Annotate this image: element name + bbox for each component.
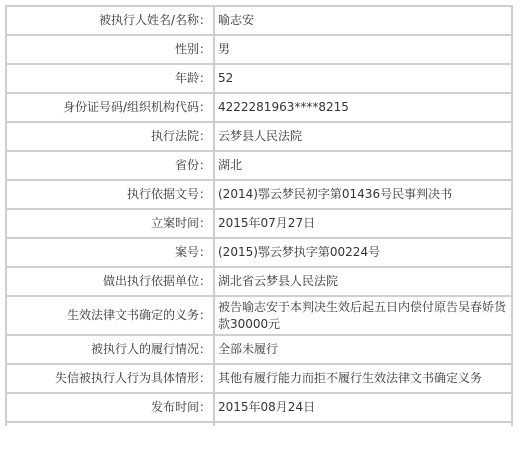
row-issuing-unit: 做出执行依据单位： 湖北省云梦县人民法院 bbox=[6, 267, 512, 296]
row-name: 被执行人姓名/名称： 喻志安 bbox=[6, 6, 512, 35]
row-cutoff bbox=[6, 422, 512, 426]
row-province: 省份： 湖北 bbox=[6, 151, 512, 180]
value-performance-status: 全部未履行 bbox=[214, 335, 512, 364]
label-publish-date: 发布时间： bbox=[6, 393, 214, 422]
label-name: 被执行人姓名/名称： bbox=[6, 6, 214, 35]
value-province: 湖北 bbox=[214, 151, 512, 180]
value-gender: 男 bbox=[214, 35, 512, 64]
label-province: 省份： bbox=[6, 151, 214, 180]
value-dishonest-behavior: 其他有履行能力而拒不履行生效法律文书确定义务 bbox=[214, 364, 512, 393]
value-issuing-unit: 湖北省云梦县人民法院 bbox=[214, 267, 512, 296]
value-case-number: (2015)鄂云梦执字第00224号 bbox=[214, 238, 512, 267]
label-issuing-unit: 做出执行依据单位： bbox=[6, 267, 214, 296]
label-obligation: 生效法律文书确定的义务： bbox=[6, 296, 214, 335]
label-id-number: 身份证号码/组织机构代码： bbox=[6, 93, 214, 122]
value-age: 52 bbox=[214, 64, 512, 93]
row-performance-status: 被执行人的履行情况： 全部未履行 bbox=[6, 335, 512, 364]
value-filing-date: 2015年07月27日 bbox=[214, 209, 512, 238]
value-id-number: 4222281963****8215 bbox=[214, 93, 512, 122]
row-publish-date: 发布时间： 2015年08月24日 bbox=[6, 393, 512, 422]
value-cutoff bbox=[214, 422, 512, 426]
label-cutoff bbox=[6, 422, 214, 426]
record-table: 被执行人姓名/名称： 喻志安 性别： 男 年龄： 52 身份证号码/组织机构代码… bbox=[5, 5, 513, 426]
label-performance-status: 被执行人的履行情况： bbox=[6, 335, 214, 364]
label-dishonest-behavior: 失信被执行人行为具体情形： bbox=[6, 364, 214, 393]
value-publish-date: 2015年08月24日 bbox=[214, 393, 512, 422]
value-court: 云梦县人民法院 bbox=[214, 122, 512, 151]
row-basis-doc-number: 执行依据文号： (2014)鄂云梦民初字第01436号民事判决书 bbox=[6, 180, 512, 209]
row-obligation: 生效法律文书确定的义务： 被告喻志安于本判决生效后起五日内偿付原告吴春娇货款30… bbox=[6, 296, 512, 335]
value-obligation: 被告喻志安于本判决生效后起五日内偿付原告吴春娇货款30000元 bbox=[214, 296, 512, 335]
row-dishonest-behavior: 失信被执行人行为具体情形： 其他有履行能力而拒不履行生效法律文书确定义务 bbox=[6, 364, 512, 393]
label-basis-doc-number: 执行依据文号： bbox=[6, 180, 214, 209]
label-case-number: 案号： bbox=[6, 238, 214, 267]
label-court: 执行法院： bbox=[6, 122, 214, 151]
label-gender: 性别： bbox=[6, 35, 214, 64]
row-filing-date: 立案时间： 2015年07月27日 bbox=[6, 209, 512, 238]
label-age: 年龄： bbox=[6, 64, 214, 93]
value-name: 喻志安 bbox=[214, 6, 512, 35]
row-case-number: 案号： (2015)鄂云梦执字第00224号 bbox=[6, 238, 512, 267]
dishonest-debtor-record: 被执行人姓名/名称： 喻志安 性别： 男 年龄： 52 身份证号码/组织机构代码… bbox=[5, 5, 513, 426]
row-age: 年龄： 52 bbox=[6, 64, 512, 93]
row-court: 执行法院： 云梦县人民法院 bbox=[6, 122, 512, 151]
label-filing-date: 立案时间： bbox=[6, 209, 214, 238]
row-id-number: 身份证号码/组织机构代码： 4222281963****8215 bbox=[6, 93, 512, 122]
value-basis-doc-number: (2014)鄂云梦民初字第01436号民事判决书 bbox=[214, 180, 512, 209]
row-gender: 性别： 男 bbox=[6, 35, 512, 64]
